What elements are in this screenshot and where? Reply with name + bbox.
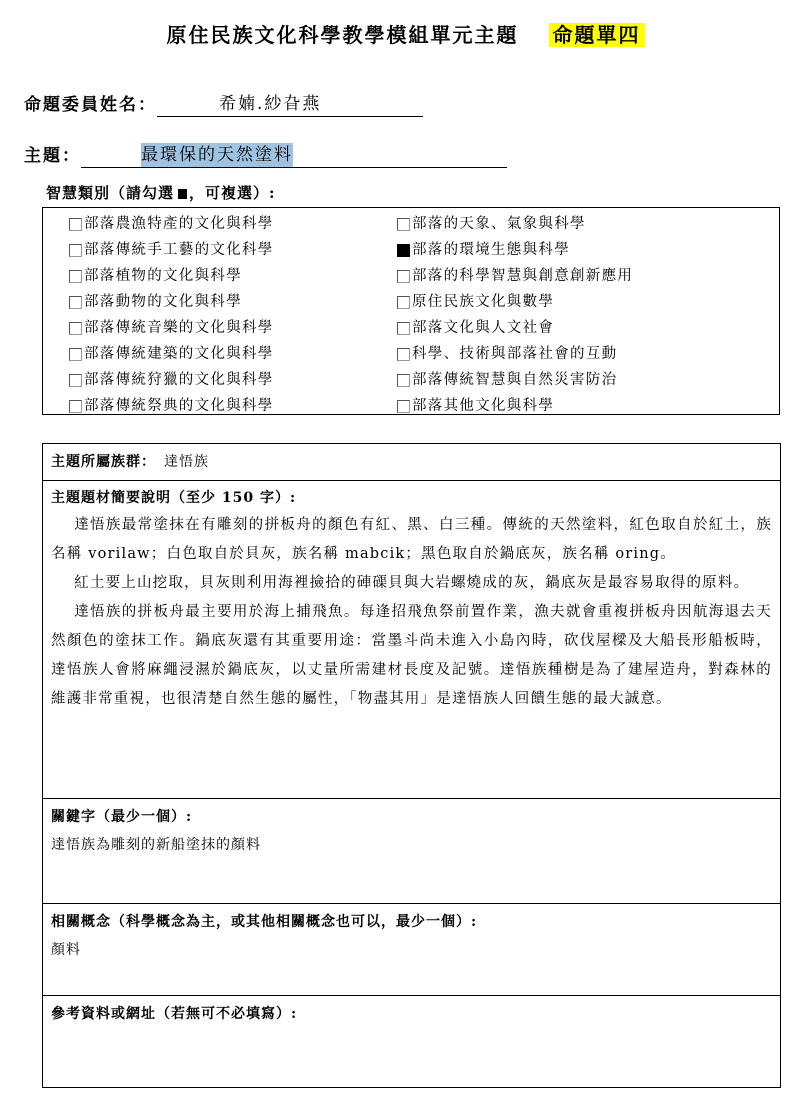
summary-paragraph: 達悟族的拼板舟最主要用於海上捕飛魚。每逢招飛魚祭前置作業，漁夫就會重複拼板舟因航… xyxy=(51,598,772,714)
tribe-label: 主題所屬族群： xyxy=(51,454,156,470)
checkbox-unchecked-icon[interactable] xyxy=(397,400,410,413)
category-item-label: 原住民族文化與數學 xyxy=(412,289,554,315)
checkbox-unchecked-icon[interactable] xyxy=(69,374,82,387)
worksheet-badge: 命題單四 xyxy=(549,23,645,47)
concepts-value[interactable]: 顏料 xyxy=(51,940,772,960)
category-item-selected[interactable]: 部落的環境生態與科學 xyxy=(397,237,633,263)
category-item[interactable]: 部落傳統狩獵的文化與科學 xyxy=(69,367,274,393)
author-value: 希婻.紗旮燕 xyxy=(219,92,321,116)
category-item[interactable]: 部落動物的文化與科學 xyxy=(69,289,274,315)
topic-label: 主題： xyxy=(24,144,81,168)
checkbox-unchecked-icon[interactable] xyxy=(69,270,82,283)
category-checklist: 部落農漁特產的文化與科學 部落傳統手工藝的文化科學 部落植物的文化與科學 部落動… xyxy=(42,207,780,415)
category-item[interactable]: 部落其他文化與科學 xyxy=(397,393,633,419)
checkbox-unchecked-icon[interactable] xyxy=(397,270,410,283)
category-item-label: 部落傳統音樂的文化與科學 xyxy=(84,315,274,341)
category-item[interactable]: 部落文化與人文社會 xyxy=(397,315,633,341)
keywords-value[interactable]: 達悟族為雕刻的新船塗抹的顏料 xyxy=(51,835,772,855)
category-item[interactable]: 部落傳統建築的文化與科學 xyxy=(69,341,274,367)
topic-detail-table: 主題所屬族群：達悟族 主題題材簡要說明（至少 150 字）: 達悟族最常塗抹在有… xyxy=(42,443,781,1088)
summary-paragraph: 達悟族最常塗抹在有雕刻的拼板舟的顏色有紅、黑、白三種。傳統的天然塗料，紅色取自於… xyxy=(51,511,772,569)
category-item-label: 科學、技術與部落社會的互動 xyxy=(412,341,617,367)
category-item-label: 部落傳統智慧與自然災害防治 xyxy=(412,367,617,393)
category-item-label: 部落的天象、氣象與科學 xyxy=(412,211,586,237)
category-column-left: 部落農漁特產的文化與科學 部落傳統手工藝的文化科學 部落植物的文化與科學 部落動… xyxy=(69,211,274,419)
summary-label: 主題題材簡要說明（至少 150 字）: xyxy=(51,481,772,515)
checkbox-unchecked-icon[interactable] xyxy=(69,400,82,413)
checkbox-unchecked-icon[interactable] xyxy=(69,322,82,335)
checkbox-unchecked-icon[interactable] xyxy=(69,244,82,257)
concepts-label: 相關概念（科學概念為主，或其他相關概念也可以，最少一個）: xyxy=(51,904,772,940)
category-item-label: 部落傳統祭典的文化與科學 xyxy=(84,393,274,419)
topic-field[interactable]: 最環保的天然塗料 xyxy=(81,143,507,168)
tribe-value[interactable]: 達悟族 xyxy=(164,454,209,470)
category-label-suffix: ，可複選）: xyxy=(189,184,276,202)
checkbox-unchecked-icon[interactable] xyxy=(69,218,82,231)
document-title: 原住民族文化科學教學模組單元主題命題單四 xyxy=(0,20,811,50)
references-label: 參考資料或網址（若無可不必填寫）: xyxy=(51,996,772,1032)
category-item[interactable]: 部落農漁特產的文化與科學 xyxy=(69,211,274,237)
category-item-label: 部落的科學智慧與創意創新應用 xyxy=(412,263,633,289)
category-item[interactable]: 部落傳統祭典的文化與科學 xyxy=(69,393,274,419)
author-row: 命題委員姓名： 希婻.紗旮燕 xyxy=(24,92,423,117)
category-item-label: 部落傳統建築的文化與科學 xyxy=(84,341,274,367)
checkbox-unchecked-icon[interactable] xyxy=(397,322,410,335)
references-row: 參考資料或網址（若無可不必填寫）: xyxy=(43,995,780,1088)
keywords-row: 關鍵字（最少一個）: 達悟族為雕刻的新船塗抹的顏料 xyxy=(43,798,780,903)
category-label: 智慧類別（請勾選，可複選）: xyxy=(46,182,276,204)
category-item-label: 部落動物的文化與科學 xyxy=(84,289,242,315)
category-item[interactable]: 部落的科學智慧與創意創新應用 xyxy=(397,263,633,289)
category-item-label: 部落傳統狩獵的文化與科學 xyxy=(84,367,274,393)
checkbox-checked-icon[interactable] xyxy=(397,244,410,257)
tribe-row: 主題所屬族群：達悟族 xyxy=(43,443,780,480)
category-item-label: 部落農漁特產的文化與科學 xyxy=(84,211,274,237)
author-field[interactable]: 希婻.紗旮燕 xyxy=(157,92,423,117)
checkbox-unchecked-icon[interactable] xyxy=(397,296,410,309)
author-label: 命題委員姓名： xyxy=(24,93,157,117)
category-item[interactable]: 科學、技術與部落社會的互動 xyxy=(397,341,633,367)
category-item-label: 部落植物的文化與科學 xyxy=(84,263,242,289)
category-column-right: 部落的天象、氣象與科學 部落的環境生態與科學 部落的科學智慧與創意創新應用 原住… xyxy=(397,211,633,419)
title-text: 原住民族文化科學教學模組單元主題 xyxy=(167,23,519,47)
category-item[interactable]: 部落傳統智慧與自然災害防治 xyxy=(397,367,633,393)
category-item[interactable]: 部落的天象、氣象與科學 xyxy=(397,211,633,237)
category-item-label: 部落文化與人文社會 xyxy=(412,315,554,341)
topic-value: 最環保的天然塗料 xyxy=(141,143,293,167)
checkbox-unchecked-icon[interactable] xyxy=(69,348,82,361)
concepts-row: 相關概念（科學概念為主，或其他相關概念也可以，最少一個）: 顏料 xyxy=(43,903,780,995)
summary-body[interactable]: 達悟族最常塗抹在有雕刻的拼板舟的顏色有紅、黑、白三種。傳統的天然塗料，紅色取自於… xyxy=(51,511,772,714)
checkbox-unchecked-icon[interactable] xyxy=(397,218,410,231)
keywords-label: 關鍵字（最少一個）: xyxy=(51,799,772,835)
category-item[interactable]: 部落植物的文化與科學 xyxy=(69,263,274,289)
category-item-label: 部落其他文化與科學 xyxy=(412,393,554,419)
category-item-label: 部落傳統手工藝的文化科學 xyxy=(84,237,274,263)
topic-row: 主題： 最環保的天然塗料 xyxy=(24,143,507,168)
category-item-label: 部落的環境生態與科學 xyxy=(412,237,570,263)
checkbox-unchecked-icon[interactable] xyxy=(397,348,410,361)
category-item[interactable]: 部落傳統手工藝的文化科學 xyxy=(69,237,274,263)
summary-paragraph: 紅土要上山挖取，貝灰則利用海裡撿拾的硨磲貝與大岩螺燒成的灰，鍋底灰是最容易取得的… xyxy=(51,569,772,598)
tribe-header: 主題所屬族群：達悟族 xyxy=(51,444,772,480)
summary-row: 主題題材簡要說明（至少 150 字）: 達悟族最常塗抹在有雕刻的拼板舟的顏色有紅… xyxy=(43,480,780,798)
category-label-prefix: 智慧類別（請勾選 xyxy=(46,184,174,202)
category-item[interactable]: 原住民族文化與數學 xyxy=(397,289,633,315)
category-item[interactable]: 部落傳統音樂的文化與科學 xyxy=(69,315,274,341)
checkbox-unchecked-icon[interactable] xyxy=(69,296,82,309)
filled-square-icon xyxy=(178,189,187,199)
checkbox-unchecked-icon[interactable] xyxy=(397,374,410,387)
